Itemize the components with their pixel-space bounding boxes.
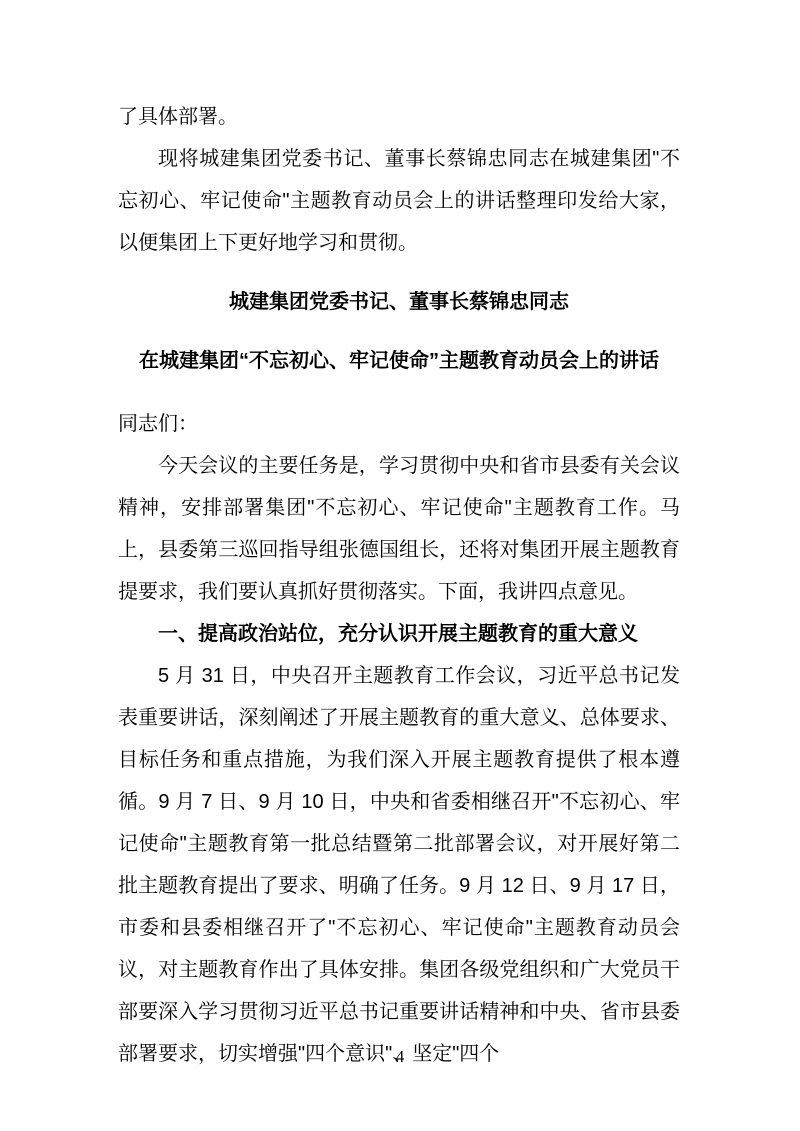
paragraph: 同志们： bbox=[118, 403, 680, 445]
paragraph: 5 月 31 日，中央召开主题教育工作会议，习近平总书记发表重要讲话，深刻阐述了… bbox=[118, 655, 680, 1075]
document-page: 了具体部署。现将城建集团党委书记、董事长蔡锦忠同志在城建集团"不忘初心、牢记使命… bbox=[0, 0, 800, 1131]
paragraph: 今天会议的主要任务是，学习贯彻中央和省市县委有关会议精神，安排部署集团"不忘初心… bbox=[118, 445, 680, 613]
document-title-line: 在城建集团“不忘初心、牢记使命”主题教育动员会上的讲话 bbox=[118, 332, 680, 391]
paragraph: 了具体部署。 bbox=[118, 96, 680, 138]
document-content: 了具体部署。现将城建集团党委书记、董事长蔡锦忠同志在城建集团"不忘初心、牢记使命… bbox=[0, 0, 800, 1075]
document-title-line: 城建集团党委书记、董事长蔡锦忠同志 bbox=[118, 273, 680, 332]
page-number: 4 bbox=[0, 1046, 800, 1068]
paragraph: 现将城建集团党委书记、董事长蔡锦忠同志在城建集团"不忘初心、牢记使命"主题教育动… bbox=[118, 138, 680, 264]
section-heading: 一、提高政治站位，充分认识开展主题教育的重大意义 bbox=[118, 613, 680, 655]
